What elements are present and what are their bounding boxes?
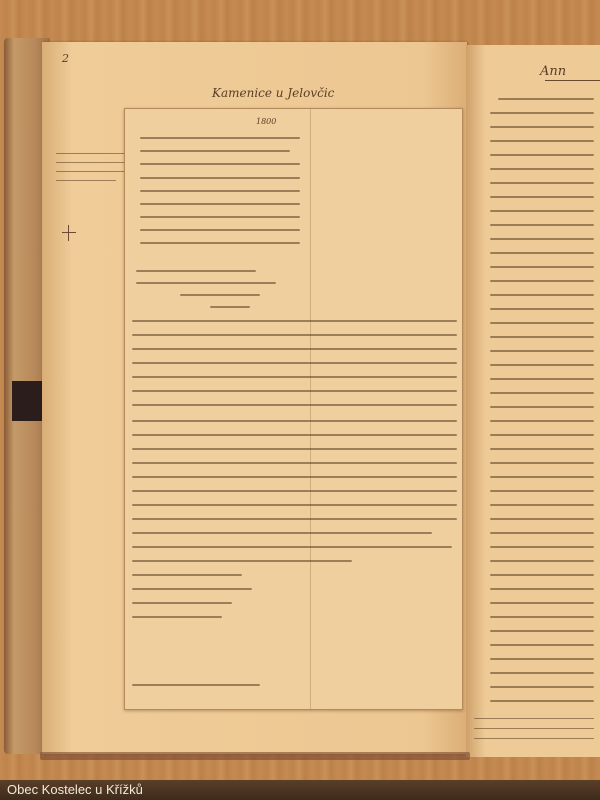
inserted-handwritten-sheet <box>124 108 463 710</box>
right-page <box>466 45 600 757</box>
spine-label <box>12 381 42 421</box>
sheet-date-mark: 1800 <box>256 117 276 126</box>
right-page-heading: Ann <box>540 64 566 79</box>
left-page-heading: Kamenice u Jelovčic <box>212 86 334 100</box>
caption-text: Obec Kostelec u Křížků <box>7 782 143 797</box>
sheet-fold <box>310 109 311 709</box>
right-heading-rule <box>545 80 600 81</box>
page-number: 2 <box>62 52 69 65</box>
page-bottom-edge <box>40 752 470 760</box>
